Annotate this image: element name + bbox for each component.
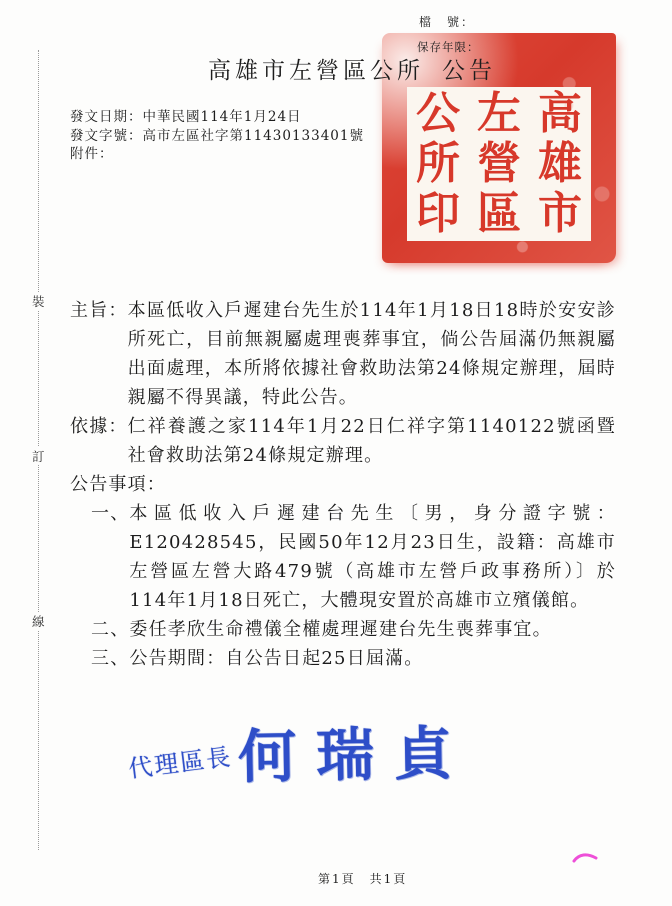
doc-number-label: 發文字號： xyxy=(70,128,143,144)
document-header-fields: 發文日期：中華民國114年1月24日 發文字號：高市左區社字第114301334… xyxy=(70,108,364,164)
subject-text: 本區低收入戶遲建台先生於114年1月18日18時於安安診所死亡，目前無親屬處理喪… xyxy=(128,296,616,412)
issue-date-field: 發文日期：中華民國114年1月24日 xyxy=(70,108,364,127)
seal-column-middle: 左營區 xyxy=(470,89,528,241)
item-3-number: 三、 xyxy=(91,644,129,673)
announcement-items-heading: 公告事項： xyxy=(70,470,616,499)
subject-label: 主旨： xyxy=(70,296,128,412)
file-number-label: 檔 號： xyxy=(419,13,475,30)
pink-pen-mark xyxy=(572,851,600,865)
attachment-label: 附件： xyxy=(70,146,114,162)
item-1-text: 本區低收入戶遲建台先生〔男，身分證字號：E120428545，民國50年12月2… xyxy=(129,499,616,615)
basis-label: 依據： xyxy=(70,412,128,470)
announcement-document: 檔 號： 保存年限： 高雄市左營區公所公告 高雄市 左營區 公所印 發文日期：中… xyxy=(0,0,672,906)
binding-mark-ding: 訂 xyxy=(32,447,45,465)
binding-mark-xian: 線 xyxy=(32,612,45,630)
item-3-text: 公告期間：自公告日起25日屆滿。 xyxy=(129,644,616,673)
announcement-items-heading-text xyxy=(166,470,616,499)
announcement-items-label: 公告事項： xyxy=(70,470,166,499)
document-type: 公告 xyxy=(442,58,496,84)
issue-date-value: 中華民國114年1月24日 xyxy=(143,109,302,125)
basis-text: 仁祥養護之家114年1月22日仁祥字第1140122號函暨社會救助法第24條規定… xyxy=(128,412,616,470)
item-1-number: 一、 xyxy=(91,499,129,615)
item-2-number: 二、 xyxy=(91,615,129,644)
seal-column-right: 高雄市 xyxy=(531,89,589,241)
basis-paragraph: 依據： 仁祥養護之家114年1月22日仁祥字第1140122號函暨社會救助法第2… xyxy=(70,412,616,470)
doc-number-field: 發文字號：高市左區社字第11430133401號 xyxy=(70,127,364,146)
doc-number-value: 高市左區社字第11430133401號 xyxy=(143,128,364,144)
list-item: 二、 委任孝欣生命禮儀全權處理遲建台先生喪葬事宜。 xyxy=(91,615,616,644)
list-item: 一、 本區低收入戶遲建台先生〔男，身分證字號：E120428545，民國50年1… xyxy=(91,499,616,615)
binding-mark-zhuang: 裝 xyxy=(32,292,45,310)
document-body: 主旨： 本區低收入戶遲建台先生於114年1月18日18時於安安診所死亡，目前無親… xyxy=(70,296,616,673)
official-seal-characters: 高雄市 左營區 公所印 xyxy=(407,87,591,241)
issue-date-label: 發文日期： xyxy=(70,109,143,125)
subject-paragraph: 主旨： 本區低收入戶遲建台先生於114年1月18日18時於安安診所死亡，目前無親… xyxy=(70,296,616,412)
seal-column-left: 公所印 xyxy=(409,89,467,241)
list-item: 三、 公告期間：自公告日起25日屆滿。 xyxy=(91,644,616,673)
signer-name: 何瑞貞 xyxy=(237,706,472,794)
item-2-text: 委任孝欣生命禮儀全權處理遲建台先生喪葬事宜。 xyxy=(129,615,616,644)
signature-stamp: 代理區長 何瑞貞 xyxy=(128,708,472,792)
signer-title: 代理區長 xyxy=(126,737,233,784)
agency-name: 高雄市左營區公所 xyxy=(208,58,424,84)
attachment-field: 附件： xyxy=(70,145,364,164)
page-number-info: 第1頁 共1頁 xyxy=(318,870,407,887)
page-title: 高雄市左營區公所公告 xyxy=(208,52,496,85)
announcement-items-list: 一、 本區低收入戶遲建台先生〔男，身分證字號：E120428545，民國50年1… xyxy=(91,499,616,673)
